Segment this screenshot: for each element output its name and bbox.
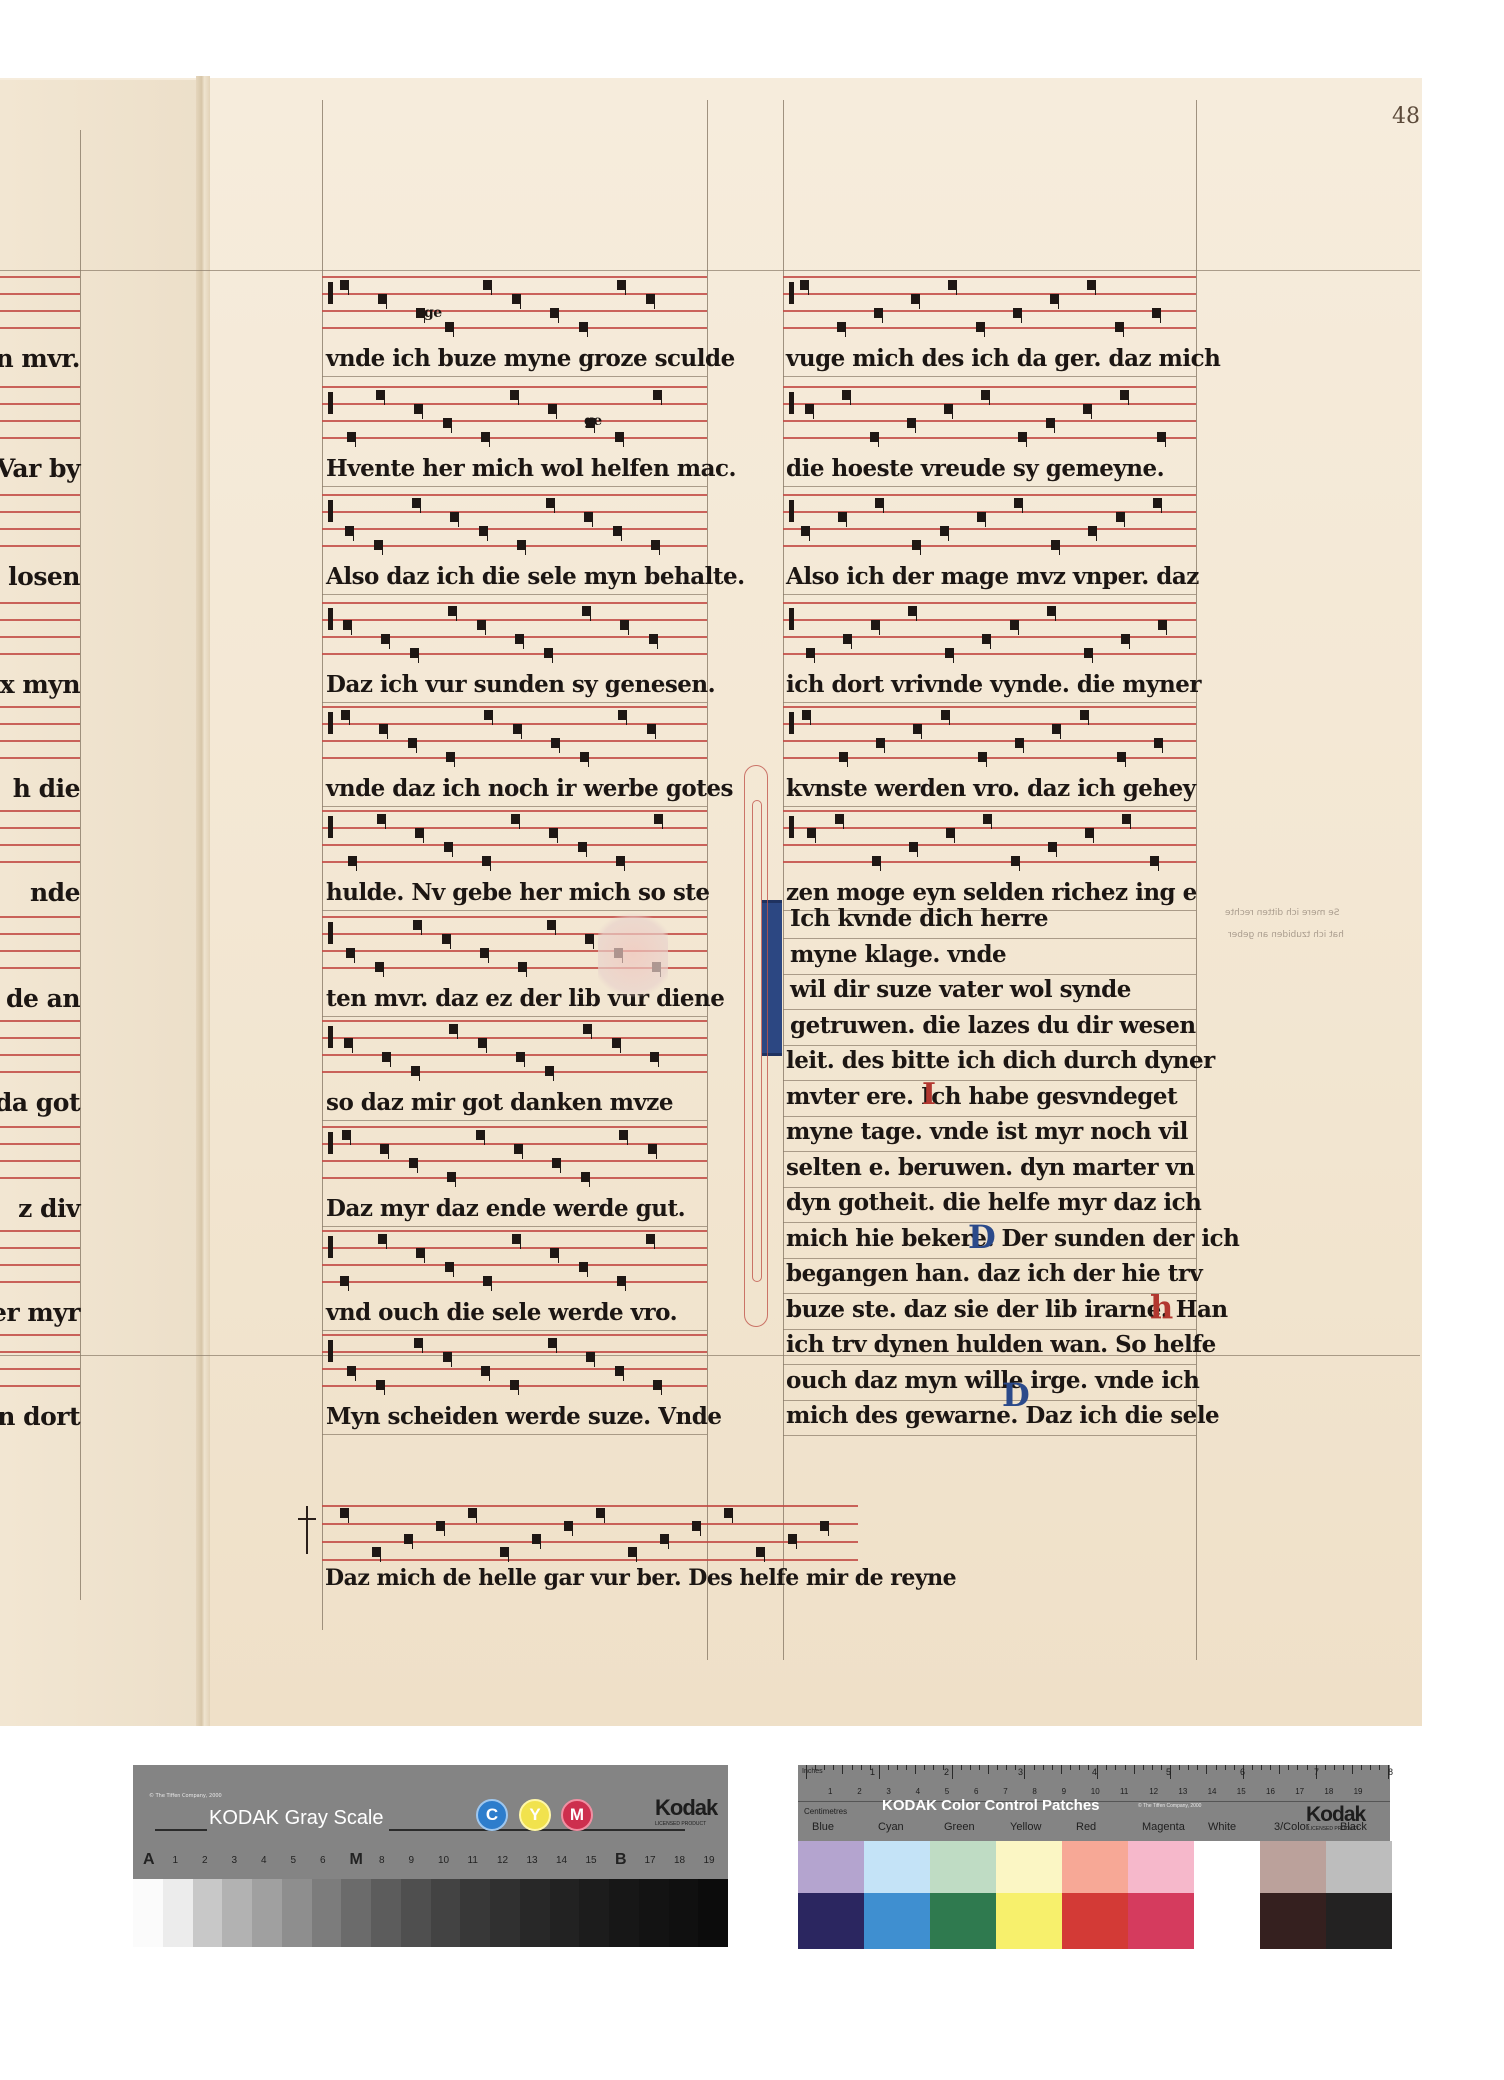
ruling-line — [80, 130, 81, 1600]
staff-line — [0, 494, 80, 496]
text-line: Myn scheiden werde suze. Vnde — [326, 1402, 721, 1432]
neume-note-icon — [512, 1234, 521, 1244]
neume-note-icon — [376, 390, 385, 400]
color-patch-light — [1062, 1841, 1128, 1893]
neume-note-icon — [1087, 280, 1096, 290]
facing-page-line: in dort — [0, 1402, 80, 1432]
ruler-tick — [842, 1765, 843, 1774]
neume-note-icon — [911, 294, 920, 304]
neume-note-icon — [379, 724, 388, 734]
staff-line — [322, 1281, 707, 1283]
clef-icon — [328, 1236, 333, 1258]
neume-note-icon — [347, 432, 356, 442]
color-patch-dark — [864, 1893, 930, 1949]
gray-patches — [133, 1879, 728, 1947]
neume-note-icon — [615, 432, 624, 442]
neume-note-icon — [875, 498, 884, 508]
staff-line — [783, 276, 1196, 278]
neume-note-icon — [414, 404, 423, 414]
scale-label: 2 — [202, 1855, 208, 1866]
clef-icon — [328, 1132, 333, 1154]
ruler-tick — [1370, 1765, 1371, 1770]
staff-line — [322, 653, 707, 655]
staff-line — [322, 706, 707, 708]
licensed-product: LICENSED PRODUCT — [655, 1821, 706, 1827]
color-patch-light — [1194, 1841, 1260, 1893]
ruler-tick — [1234, 1765, 1235, 1770]
text-line: so daz mir got danken mvze — [326, 1088, 673, 1118]
ruler-tick — [1052, 1765, 1053, 1770]
staff-line — [783, 545, 1196, 547]
ruling-line — [322, 702, 707, 703]
ruling-line — [783, 100, 784, 1660]
staff-line — [0, 293, 80, 295]
gray-patch — [669, 1879, 699, 1947]
neume-note-icon — [872, 856, 881, 866]
neume-note-icon — [1051, 540, 1060, 550]
gray-patch — [341, 1879, 371, 1947]
gray-patch — [520, 1879, 550, 1947]
neume-note-icon — [1083, 404, 1092, 414]
gray-patch — [579, 1879, 609, 1947]
ruler-tick — [1279, 1765, 1280, 1774]
cm-mark: 2 — [857, 1787, 861, 1796]
neume-note-icon — [650, 1052, 659, 1062]
staff-line — [322, 757, 707, 759]
staff-line — [322, 844, 707, 846]
inch-mark: 7 — [1314, 1767, 1319, 1777]
neume-note-icon — [444, 842, 453, 852]
neume-note-icon — [377, 814, 386, 824]
neume-note-icon — [612, 1038, 621, 1048]
ruler-tick — [933, 1765, 934, 1770]
neume-note-icon — [651, 540, 660, 550]
neume-note-icon — [582, 606, 591, 616]
patch-label: Yellow — [1010, 1821, 1041, 1833]
neume-note-icon — [376, 1380, 385, 1390]
neume-note-icon — [1013, 308, 1022, 318]
neume-note-icon — [564, 1521, 573, 1531]
staff-line — [0, 1143, 80, 1145]
staff-line — [322, 1160, 707, 1162]
ruler-tick — [1216, 1765, 1217, 1770]
ruler-tick — [979, 1765, 980, 1770]
prose-line: myne tage. vnde ist myr noch vil — [786, 1117, 1188, 1147]
staff-line — [322, 827, 707, 829]
neume-note-icon — [512, 294, 521, 304]
neume-note-icon — [912, 540, 921, 550]
manuscript-page — [0, 78, 1422, 1726]
staff-line — [322, 1505, 858, 1507]
staff-line — [0, 1160, 80, 1162]
neume-note-icon — [510, 390, 519, 400]
neume-note-icon — [411, 1066, 420, 1076]
ruler-tick — [1106, 1765, 1107, 1770]
text-line: Also daz ich die sele myn behalte. — [326, 562, 745, 592]
text-line: vnd ouch die sele werde vro. — [326, 1298, 677, 1328]
ruler-tick — [1352, 1765, 1353, 1774]
color-patch-light — [1326, 1841, 1392, 1893]
neume-note-icon — [544, 648, 553, 658]
scale-label: 1 — [173, 1855, 179, 1866]
color-patch-light — [1260, 1841, 1326, 1893]
neume-note-icon — [410, 648, 419, 658]
cm-mark: 6 — [974, 1787, 978, 1796]
text-line: kvnste werden vro. daz ich gehey — [786, 774, 1196, 804]
neume-note-icon — [342, 1130, 351, 1140]
ruler-tick — [1206, 1765, 1207, 1774]
ruler-tick — [1097, 1765, 1098, 1779]
staff-line — [0, 420, 80, 422]
gray-patch — [193, 1879, 223, 1947]
copyright: © The Tiffen Company, 2000 — [1138, 1803, 1201, 1809]
staff-line — [322, 1230, 707, 1232]
text-line: die hoeste vreude sy gemeyne. — [786, 454, 1164, 484]
ruling-line — [322, 594, 707, 595]
centimetres-label: Centimetres — [804, 1807, 847, 1816]
ruler-tick — [815, 1765, 816, 1770]
superscript-correction: ge — [424, 298, 442, 328]
neume-note-icon — [1011, 856, 1020, 866]
color-patch-light — [798, 1841, 864, 1893]
staff-line — [322, 420, 707, 422]
patch-label: White — [1208, 1821, 1236, 1833]
cyan-dot-icon: C — [476, 1799, 508, 1831]
neume-note-icon — [442, 934, 451, 944]
neume-note-icon — [408, 738, 417, 748]
ruling-line — [783, 486, 1196, 487]
neume-note-icon — [870, 432, 879, 442]
red-initial: h — [1150, 1292, 1173, 1322]
neume-note-icon — [1085, 828, 1094, 838]
neume-note-icon — [374, 540, 383, 550]
prose-line: ouch daz myn wille irge. vnde ich — [786, 1366, 1199, 1396]
cm-mark: 12 — [1149, 1787, 1158, 1796]
staff-line — [0, 810, 80, 812]
copyright: © The Tiffen Company, 2000 — [149, 1793, 222, 1799]
card-title: KODAK Color Control Patches — [882, 1797, 1100, 1814]
neume-note-icon — [660, 1534, 669, 1544]
neume-note-icon — [839, 752, 848, 762]
neume-note-icon — [1117, 752, 1126, 762]
cm-mark: 19 — [1354, 1787, 1363, 1796]
ruler-tick — [961, 1765, 962, 1770]
neume-note-icon — [843, 634, 852, 644]
neume-note-icon — [415, 828, 424, 838]
neume-note-icon — [517, 540, 526, 550]
ruling-line — [0, 270, 1420, 271]
bottom-staff-text: Daz mich de helle gar vur ber. Des helfe… — [325, 1563, 956, 1593]
neume-note-icon — [820, 1521, 829, 1531]
text-line: Daz ich vur sunden sy genesen. — [326, 670, 715, 700]
staff-line — [0, 1351, 80, 1353]
neume-note-icon — [443, 1352, 452, 1362]
neume-note-icon — [550, 1248, 559, 1258]
neume-note-icon — [409, 1158, 418, 1168]
ruler-tick — [970, 1765, 971, 1770]
neume-note-icon — [647, 724, 656, 734]
neume-note-icon — [619, 1130, 628, 1140]
staff-line — [0, 916, 80, 918]
scale-label: 3 — [232, 1855, 238, 1866]
red-initial: I — [922, 1080, 936, 1110]
neume-note-icon — [344, 1038, 353, 1048]
neume-note-icon — [579, 322, 588, 332]
staff-line — [0, 1126, 80, 1128]
neume-note-icon — [477, 620, 486, 630]
prose-line: selten e. beruwen. dyn marter vn — [786, 1153, 1195, 1183]
facing-page-line: h die — [13, 774, 80, 804]
text-line: vnde daz ich noch ir werbe gotes — [326, 774, 733, 804]
staff-line — [0, 276, 80, 278]
patch-label: Black — [1340, 1821, 1367, 1833]
staff-line — [0, 844, 80, 846]
neume-note-icon — [1047, 606, 1056, 616]
neume-note-icon — [1152, 308, 1161, 318]
ruler-tick — [1334, 1765, 1335, 1770]
prose-line: myne klage. vnde — [790, 940, 1006, 970]
ruler-tick — [1070, 1765, 1071, 1770]
neume-note-icon — [513, 724, 522, 734]
neume-note-icon — [976, 322, 985, 332]
neume-note-icon — [380, 1144, 389, 1154]
staff-line — [0, 310, 80, 312]
facing-page-line: z div — [18, 1194, 80, 1224]
neume-note-icon — [1157, 432, 1166, 442]
cm-mark: 5 — [945, 1787, 949, 1796]
staff-line — [322, 494, 707, 496]
neume-note-icon — [876, 738, 885, 748]
ruling-line — [322, 100, 323, 1630]
staff-line — [322, 1264, 707, 1266]
neume-note-icon — [448, 606, 457, 616]
inch-mark: 8 — [1388, 1767, 1393, 1777]
faint-initial — [598, 905, 668, 1005]
gray-patch — [550, 1879, 580, 1947]
ruler-tick — [1152, 1765, 1153, 1770]
ruler-tick — [1088, 1765, 1089, 1770]
neume-note-icon — [654, 814, 663, 824]
prose-line: begangen han. daz ich der hie trv — [786, 1259, 1202, 1289]
neume-note-icon — [468, 1508, 477, 1518]
color-patch-light — [930, 1841, 996, 1893]
ruler-tick — [1379, 1765, 1380, 1770]
scale-label: B — [615, 1851, 627, 1869]
text-line: Hvente her mich wol helfen mac. — [326, 454, 736, 484]
neume-note-icon — [476, 1130, 485, 1140]
patch-label: Cyan — [878, 1821, 904, 1833]
ruler-tick — [1188, 1765, 1189, 1770]
gray-patch — [282, 1879, 312, 1947]
staff-line — [783, 653, 1196, 655]
neume-note-icon — [550, 308, 559, 318]
staff-line — [0, 740, 80, 742]
staff-line — [0, 1054, 80, 1056]
staff-line — [322, 403, 707, 405]
neume-note-icon — [983, 814, 992, 824]
clef-icon — [328, 712, 333, 734]
clef-icon — [328, 500, 333, 522]
neume-note-icon — [586, 1352, 595, 1362]
neume-note-icon — [578, 842, 587, 852]
staff-line — [0, 1281, 80, 1283]
ruling-line — [322, 1330, 707, 1331]
neume-note-icon — [416, 1248, 425, 1258]
kodak-gray-scale-card: © The Tiffen Company, 2000 KODAK Gray Sc… — [133, 1765, 728, 1947]
scale-label: 17 — [645, 1855, 656, 1866]
staff-line — [0, 619, 80, 621]
ruling-line — [783, 376, 1196, 377]
clef-icon — [328, 1340, 333, 1362]
gray-patch — [312, 1879, 342, 1947]
staff-line — [0, 1385, 80, 1387]
scale-label: 11 — [468, 1855, 478, 1866]
ruler-tick — [888, 1765, 889, 1770]
scale-label: 5 — [291, 1855, 297, 1866]
cm-mark: 8 — [1032, 1787, 1036, 1796]
neume-note-icon — [547, 920, 556, 930]
neume-note-icon — [908, 606, 917, 616]
color-patch-dark — [1062, 1893, 1128, 1949]
neume-note-icon — [646, 294, 655, 304]
ruling-line — [322, 806, 707, 807]
neume-note-icon — [340, 280, 349, 290]
staff-line — [322, 1541, 858, 1543]
neume-note-icon — [412, 498, 421, 508]
neume-note-icon — [788, 1534, 797, 1544]
staff-line — [0, 1037, 80, 1039]
neume-note-icon — [837, 322, 846, 332]
cm-mark: 15 — [1237, 1787, 1246, 1796]
ruler-tick — [852, 1765, 853, 1770]
neume-note-icon — [549, 828, 558, 838]
inch-mark: 3 — [1018, 1767, 1023, 1777]
gray-patch — [401, 1879, 431, 1947]
staff-line — [783, 740, 1196, 742]
neume-note-icon — [596, 1508, 605, 1518]
neume-note-icon — [835, 814, 844, 824]
neume-note-icon — [806, 648, 815, 658]
staff-line — [0, 706, 80, 708]
staff-line — [783, 827, 1196, 829]
staff-line — [322, 310, 707, 312]
color-patch-light — [864, 1841, 930, 1893]
neume-note-icon — [579, 1262, 588, 1272]
inch-mark: 6 — [1240, 1767, 1245, 1777]
clef-icon — [328, 392, 333, 414]
staff-line — [783, 619, 1196, 621]
facing-page-line: losen — [8, 562, 80, 592]
neume-note-icon — [436, 1521, 445, 1531]
clef-icon — [789, 282, 794, 304]
neume-note-icon — [479, 526, 488, 536]
inch-mark: 4 — [1092, 1767, 1097, 1777]
ruler-tick — [1034, 1765, 1035, 1770]
staff-line — [0, 1230, 80, 1232]
neume-note-icon — [381, 634, 390, 644]
neume-note-icon — [946, 828, 955, 838]
prose-line: getruwen. die lazes du dir wesen — [790, 1011, 1196, 1041]
neume-note-icon — [724, 1508, 733, 1518]
staff-line — [322, 602, 707, 604]
staff-line — [322, 1334, 707, 1336]
staff-line — [0, 950, 80, 952]
folio-number: 48 — [1392, 104, 1420, 129]
ruler-tick — [861, 1765, 862, 1770]
text-line: Also ich der mage mvz vnper. daz — [786, 562, 1199, 592]
clef-icon — [789, 608, 794, 630]
neume-note-icon — [1154, 738, 1163, 748]
text-line: Daz myr daz ende werde gut. — [326, 1194, 685, 1224]
ruler-tick — [906, 1765, 907, 1770]
staff-line — [0, 1264, 80, 1266]
staff-line — [0, 1368, 80, 1370]
scale-label: M — [350, 1851, 363, 1869]
clef-icon — [328, 1026, 333, 1048]
neume-note-icon — [478, 1038, 487, 1048]
neume-note-icon — [800, 280, 809, 290]
staff-line — [0, 1177, 80, 1179]
neume-note-icon — [546, 498, 555, 508]
yellow-dot-icon: Y — [519, 1799, 551, 1831]
gray-patch — [222, 1879, 252, 1947]
neume-note-icon — [1158, 620, 1167, 630]
cm-mark: 1 — [828, 1787, 832, 1796]
neume-note-icon — [620, 620, 629, 630]
staff-line — [783, 437, 1196, 439]
neume-note-icon — [583, 1024, 592, 1034]
gray-patch — [460, 1879, 490, 1947]
ruler-tick — [1024, 1765, 1025, 1779]
staff-line — [322, 276, 707, 278]
gray-patch — [698, 1879, 728, 1947]
patch-label: 3/Color — [1274, 1821, 1309, 1833]
cm-mark: 16 — [1266, 1787, 1275, 1796]
neume-note-icon — [874, 308, 883, 318]
cm-mark: 7 — [1003, 1787, 1007, 1796]
staff-line — [783, 386, 1196, 388]
neume-note-icon — [1120, 390, 1129, 400]
neume-note-icon — [1150, 856, 1159, 866]
neume-note-icon — [375, 962, 384, 972]
cm-mark: 9 — [1062, 1787, 1066, 1796]
staff-line — [322, 1247, 707, 1249]
scale-label: 8 — [379, 1855, 385, 1866]
neume-note-icon — [1050, 294, 1059, 304]
neume-note-icon — [518, 962, 527, 972]
blue-initial: D — [1002, 1380, 1029, 1410]
inch-mark: 2 — [944, 1767, 949, 1777]
scale-label: 15 — [586, 1855, 597, 1866]
neume-note-icon — [378, 1234, 387, 1244]
neume-note-icon — [756, 1547, 765, 1557]
cm-mark: 3 — [886, 1787, 890, 1796]
facing-page-line: nde — [30, 878, 80, 908]
staff-line — [322, 511, 707, 513]
staff-line — [322, 1126, 707, 1128]
staff-line — [322, 1177, 707, 1179]
neume-note-icon — [907, 418, 916, 428]
neume-note-icon — [581, 1172, 590, 1182]
facing-page-line: n mvr. — [0, 344, 80, 374]
staff-line — [783, 528, 1196, 530]
staff-line — [322, 1523, 858, 1525]
facing-page-line: xer myr — [0, 1298, 80, 1328]
scale-label: A — [143, 1851, 155, 1869]
neume-note-icon — [807, 828, 816, 838]
ruling-line — [322, 1434, 707, 1435]
ruler-tick — [1197, 1765, 1198, 1770]
